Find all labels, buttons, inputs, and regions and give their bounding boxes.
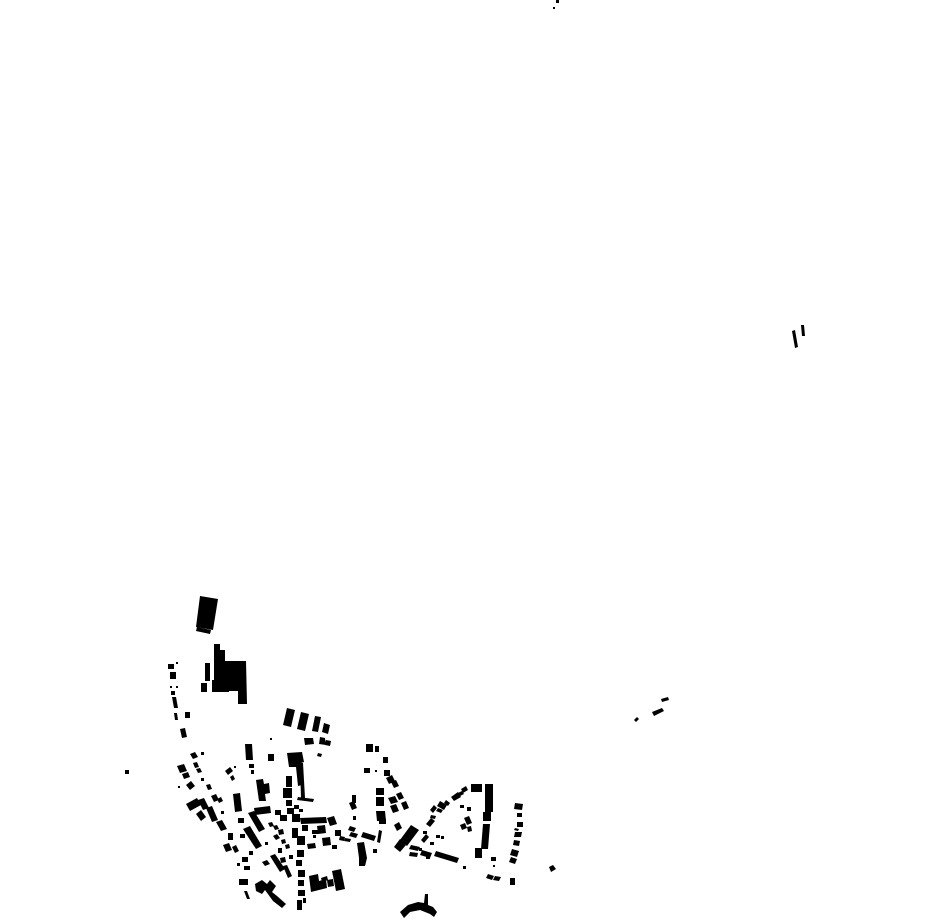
building-footprint <box>553 7 555 9</box>
building-footprint <box>297 850 304 857</box>
building-footprint <box>234 766 236 768</box>
building-footprint <box>278 848 282 853</box>
building-footprint <box>242 857 248 862</box>
building-footprint <box>283 788 292 798</box>
building-footprint <box>297 836 305 845</box>
building-footprint <box>313 835 316 838</box>
building-footprint <box>228 833 233 840</box>
building-footprint <box>292 814 300 822</box>
building-footprint <box>373 849 377 853</box>
building-footprint <box>319 737 326 745</box>
building-footprint <box>300 817 327 824</box>
building-footprint <box>238 818 244 823</box>
building-footprint <box>322 837 331 846</box>
building-footprint <box>280 857 286 863</box>
building-footprint <box>426 855 430 859</box>
building-footprint <box>275 810 281 815</box>
building-footprint <box>467 807 471 811</box>
building-footprint <box>239 879 248 885</box>
building-footprint <box>251 770 254 774</box>
building-footprint <box>556 0 559 3</box>
building-footprints-layer <box>0 0 930 924</box>
building-footprint <box>366 744 373 752</box>
building-footprint <box>307 843 316 849</box>
building-footprint <box>170 672 176 679</box>
building-footprint <box>383 757 388 763</box>
building-footprint <box>245 744 253 760</box>
building-footprint <box>170 686 172 688</box>
building-footprint <box>168 664 174 669</box>
building-footprint <box>419 848 422 851</box>
building-footprint <box>364 768 370 773</box>
building-footprint <box>249 851 253 855</box>
building-footprint <box>312 830 318 834</box>
building-footprint <box>286 800 292 806</box>
map-background <box>0 0 930 924</box>
building-footprint <box>517 813 522 817</box>
building-footprint <box>298 870 305 877</box>
building-footprint <box>297 900 302 910</box>
building-footprint <box>302 825 308 831</box>
building-footprint <box>249 764 254 768</box>
building-footprint <box>327 879 334 887</box>
building-footprint <box>299 809 303 812</box>
building-footprint <box>176 662 178 664</box>
building-footprint <box>430 842 434 845</box>
building-footprint <box>205 663 210 681</box>
building-footprint <box>294 805 299 809</box>
building-footprint <box>514 803 523 810</box>
building-footprint <box>335 830 341 836</box>
building-footprint <box>201 683 207 692</box>
building-footprint <box>201 752 204 755</box>
building-footprint <box>471 784 482 792</box>
building-footprint <box>379 819 386 824</box>
building-footprint <box>423 831 427 834</box>
building-footprint <box>178 786 180 788</box>
building-footprint <box>237 863 240 866</box>
building-footprint <box>303 898 306 903</box>
building-footprint <box>296 860 302 866</box>
building-footprint <box>325 740 331 746</box>
building-footprint <box>510 878 515 885</box>
building-footprint <box>221 811 224 814</box>
building-footprint <box>304 738 314 745</box>
building-footprint <box>514 832 522 837</box>
building-footprint <box>491 857 496 861</box>
building-footprint <box>289 855 293 859</box>
building-footprint <box>493 865 495 867</box>
figure-ground-map: Figure-ground plan <box>0 0 930 924</box>
building-footprint <box>270 738 272 740</box>
building-footprint <box>265 842 268 845</box>
building-footprint <box>436 835 440 838</box>
building-footprint <box>176 686 178 688</box>
building-footprint <box>280 815 287 821</box>
building-footprint <box>125 770 129 774</box>
building-footprint <box>201 778 204 781</box>
building-footprint <box>375 746 379 752</box>
building-footprint <box>375 770 377 772</box>
building-footprint <box>317 825 326 834</box>
building-footprint <box>485 784 493 812</box>
building-footprint <box>483 812 491 821</box>
building-footprint <box>287 808 294 814</box>
building-footprint <box>286 776 292 787</box>
building-footprint <box>278 829 284 835</box>
building-footprint <box>244 866 250 870</box>
building-footprint <box>185 712 190 718</box>
building-footprint <box>298 880 304 886</box>
building-footprint <box>353 816 356 820</box>
building-footprint <box>463 866 466 869</box>
building-footprint <box>332 845 337 849</box>
building-footprint <box>460 805 464 808</box>
building-footprint <box>376 797 384 806</box>
building-footprint <box>517 822 523 827</box>
building-footprint <box>384 770 390 776</box>
building-footprint <box>376 788 384 795</box>
building-footprint <box>513 840 520 846</box>
building-footprint <box>240 834 245 838</box>
building-footprint <box>441 836 444 839</box>
building-footprint <box>475 848 482 858</box>
building-footprint <box>298 890 305 896</box>
building-footprint <box>171 691 175 695</box>
building-footprint <box>268 754 274 761</box>
